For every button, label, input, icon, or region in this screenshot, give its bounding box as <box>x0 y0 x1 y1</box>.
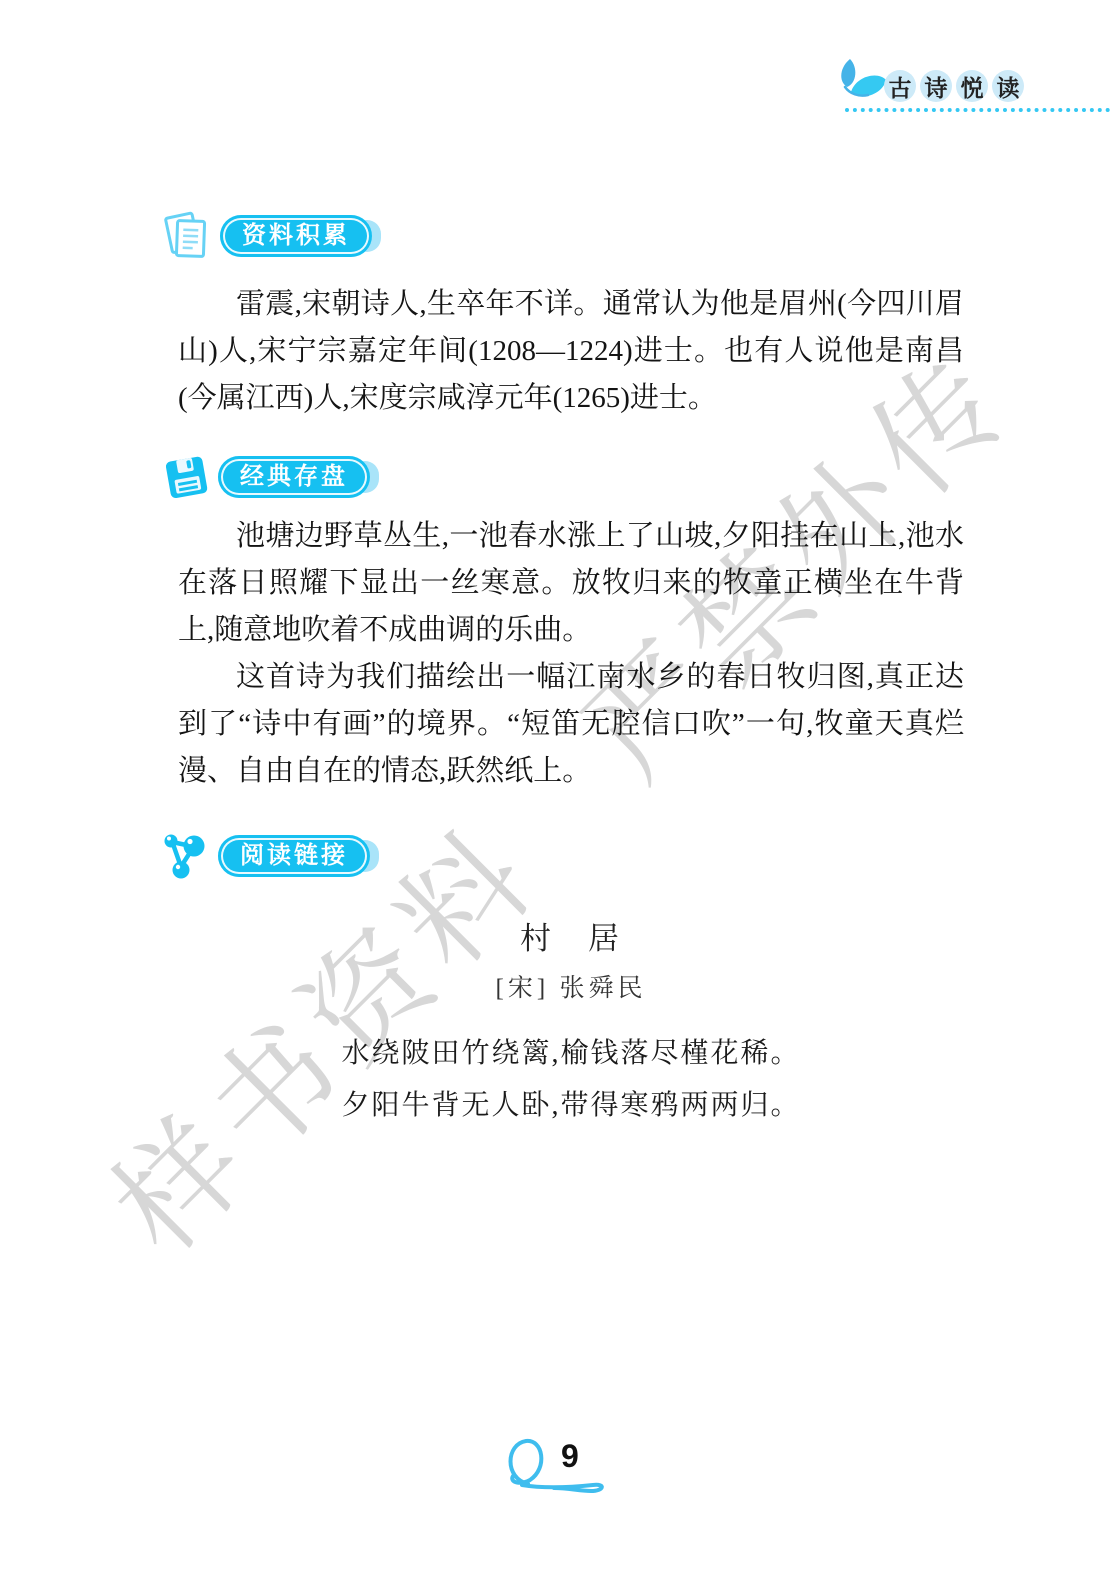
paragraph: 池塘边野草丛生,一池春水涨上了山坡,夕阳挂在山上,池水在落日照耀下显出一丝寒意。… <box>178 513 964 654</box>
section-header-jingdian: 经典存盘 <box>162 450 370 504</box>
poem-verse: 夕阳牛背无人卧,带得寒鸦两两归。 <box>178 1083 964 1123</box>
page-number: 9 <box>561 1438 579 1475</box>
page-header-title: 古 诗 悦 读 <box>884 70 1024 102</box>
header-char: 诗 <box>920 70 952 102</box>
documents-icon <box>162 208 212 264</box>
header-char: 读 <box>992 70 1024 102</box>
ribbon-swirl-icon <box>496 1432 614 1496</box>
header-char: 悦 <box>956 70 988 102</box>
poem-title: 村 居 <box>178 913 964 958</box>
workbook-page: 样书资料 严禁外传 古 诗 悦 读 资料积累 雷震,宋朝诗人,生卒年不详。通常认… <box>0 0 1110 1571</box>
dotted-divider <box>845 108 1110 112</box>
poem-author: [宋] 张舜民 <box>178 968 964 1004</box>
section-header-yuedu: 阅读链接 <box>160 828 370 884</box>
header-char: 古 <box>884 70 916 102</box>
section-header-ziliao: 资料积累 <box>162 208 372 264</box>
molecule-link-icon <box>160 828 210 884</box>
floppy-disk-icon <box>162 450 210 504</box>
poem-verse: 水绕陂田竹绕篱,榆钱落尽槿花稀。 <box>178 1031 964 1071</box>
section-jingdian-body: 池塘边野草丛生,一池春水涨上了山坡,夕阳挂在山上,池水在落日照耀下显出一丝寒意。… <box>178 513 964 795</box>
section-ziliao-body: 雷震,宋朝诗人,生卒年不详。通常认为他是眉州(今四川眉山)人,宋宁宗嘉定年间(1… <box>178 281 964 422</box>
section-badge: 资料积累 <box>220 215 372 257</box>
section-badge: 经典存盘 <box>218 456 370 498</box>
leaf-icon <box>835 56 887 112</box>
section-badge: 阅读链接 <box>218 835 370 877</box>
paragraph: 这首诗为我们描绘出一幅江南水乡的春日牧归图,真正达到了“诗中有画”的境界。“短笛… <box>178 654 964 795</box>
paragraph: 雷震,宋朝诗人,生卒年不详。通常认为他是眉州(今四川眉山)人,宋宁宗嘉定年间(1… <box>178 281 964 422</box>
